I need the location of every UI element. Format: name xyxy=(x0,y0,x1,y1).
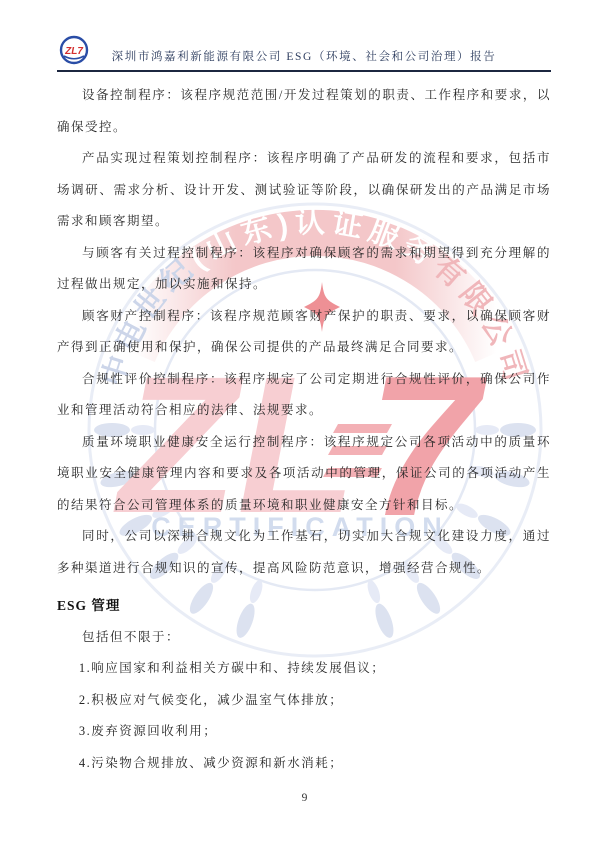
esg-list-item: 4.污染物合规排放、减少资源和新水消耗； xyxy=(57,748,551,780)
paragraph: 设备控制程序：该程序规范范围/开发过程策划的职责、工作程序和要求，以确保受控。 xyxy=(57,80,551,143)
esg-list-item: 1.响应国家和利益相关方碳中和、持续发展倡议； xyxy=(57,653,551,685)
paragraph: 顾客财产控制程序：该程序规范顾客财产保护的职责、要求，以确保顾客财产得到正确使用… xyxy=(57,301,551,364)
logo-letters: ZL7 xyxy=(64,46,83,57)
paragraph: 合规性评价控制程序：该程序规定了公司定期进行合规性评价，确保公司作业和管理活动符… xyxy=(57,364,551,427)
paragraph: 产品实现过程策划控制程序：该程序明确了产品研发的流程和要求，包括市场调研、需求分… xyxy=(57,143,551,238)
esg-list-item: 3.废弃资源回收利用； xyxy=(57,716,551,748)
esg-section-heading: ESG 管理 xyxy=(57,590,551,622)
page-number: 9 xyxy=(0,792,609,804)
paragraph: 质量环境职业健康安全运行控制程序：该程序规定公司各项活动中的质量环境职业安全健康… xyxy=(57,427,551,522)
page-header: ZL7 深圳市鸿嘉利新能源有限公司 ESG（环境、社会和公司治理）报告 xyxy=(57,34,551,70)
esg-list-item: 2.积极应对气候变化，减少温室气体排放； xyxy=(57,685,551,717)
company-logo-icon: ZL7 xyxy=(57,34,91,68)
document-body: 设备控制程序：该程序规范范围/开发过程策划的职责、工作程序和要求，以确保受控。 … xyxy=(57,80,551,779)
paragraph: 与顾客有关过程控制程序：该程序对确保顾客的需求和期望得到充分理解的过程做出规定，… xyxy=(57,238,551,301)
paragraph: 同时，公司以深耕合规文化为工作基石，切实加大合规文化建设力度，通过多种渠道进行合… xyxy=(57,521,551,584)
esg-list-intro: 包括但不限于： xyxy=(57,622,551,654)
header-rule xyxy=(57,70,551,72)
document-title: 深圳市鸿嘉利新能源有限公司 ESG（环境、社会和公司治理）报告 xyxy=(57,34,551,64)
report-page: { "header": { "title": "深圳市鸿嘉利新能源有限公司 ES… xyxy=(0,0,609,861)
